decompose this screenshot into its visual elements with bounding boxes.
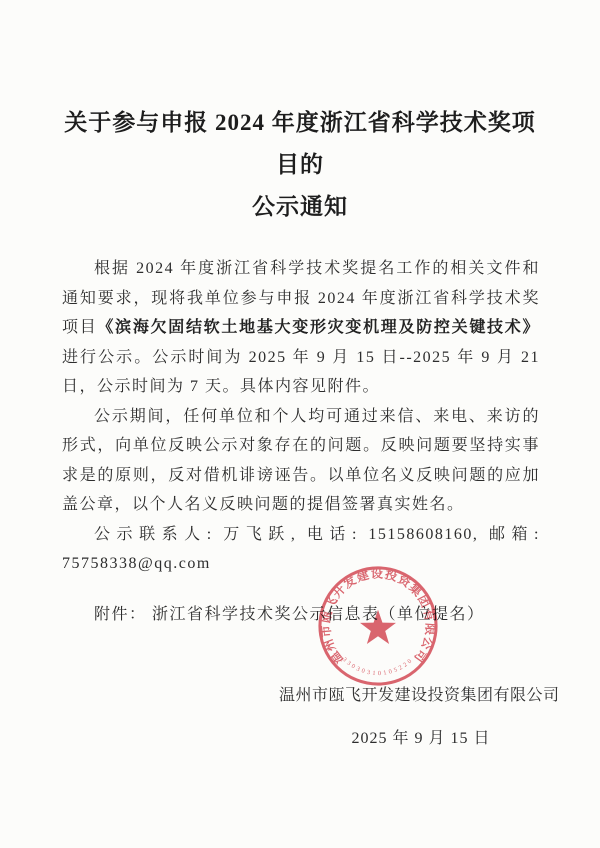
contact-line: 公示联系人: 万飞跃, 电话: 15158608160, 邮箱: 7575833… xyxy=(62,520,540,579)
star-icon xyxy=(360,610,396,644)
title-line-1: 关于参与申报 2024 年度浙江省科学技术奖项目的 xyxy=(64,110,536,177)
attachment-line: 附件： 浙江省科学技术奖公示信息表（单位提名） xyxy=(62,600,540,630)
para1-text-post: 进行公示。公示时间为 2025 年 9 月 15 日--2025 年 9 月 2… xyxy=(62,349,540,396)
seal-code: 33030310105220 xyxy=(341,656,414,677)
paragraph-2: 公示期间，任何单位和个人均可通过来信、来电、来访的形式，向单位反映公示对象存在的… xyxy=(62,402,540,520)
document-body: 根据 2024 年度浙江省科学技术奖提名工作的相关文件和通知要求，现将我单位参与… xyxy=(62,254,540,753)
signature-block: 温州市瓯飞开发建设投资集团有限公司 2025 年 9 月 15 日 xyxy=(279,681,563,753)
paragraph-1: 根据 2024 年度浙江省科学技术奖提名工作的相关文件和通知要求，现将我单位参与… xyxy=(62,254,540,402)
document-page: 关于参与申报 2024 年度浙江省科学技术奖项目的 公示通知 根据 2024 年… xyxy=(0,0,600,848)
company-seal: 温州市瓯飞开发建设投资集团有限公司 33030310105220 xyxy=(309,563,447,689)
signature-date: 2025 年 9 月 15 日 xyxy=(279,724,563,754)
project-book-title: 《滨海欠固结软土地基大变形灾变机理及防控关键技术》 xyxy=(97,319,540,336)
seal-code-container: 33030310105220 xyxy=(341,656,414,677)
title-line-2: 公示通知 xyxy=(252,194,348,219)
document-title: 关于参与申报 2024 年度浙江省科学技术奖项目的 公示通知 xyxy=(55,102,545,228)
